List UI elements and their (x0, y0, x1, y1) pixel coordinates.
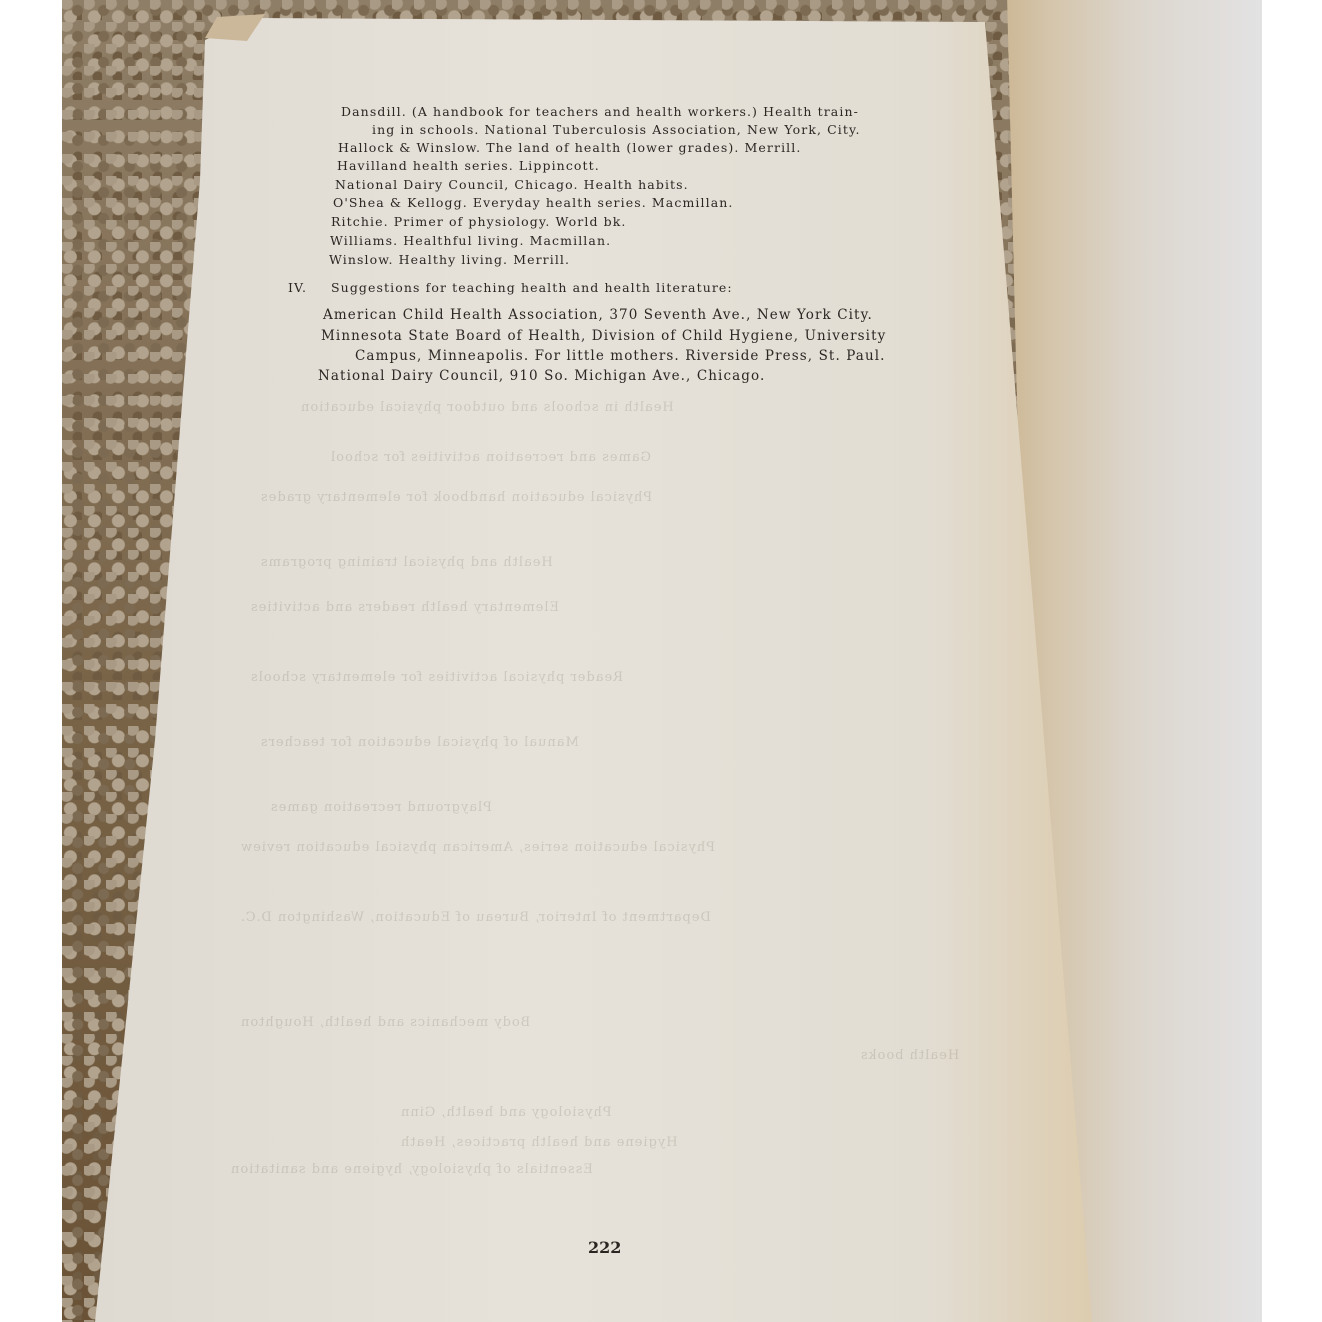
resource-entry: National Dairy Council, 910 So. Michigan… (318, 368, 765, 384)
bleed-through-line: Health and physical training programs (260, 555, 553, 570)
bibliography-entry: Ritchie. Primer of physiology. World bk. (331, 214, 626, 229)
bibliography-entry: Williams. Healthful living. Macmillan. (330, 233, 611, 248)
bibliography-entry-continuation: ing in schools. National Tuberculosis As… (372, 122, 861, 137)
resource-entry-continuation: Campus, Minneapolis. For little mothers.… (355, 348, 886, 364)
bleed-through-line: Physiology and health, Ginn (400, 1105, 612, 1120)
bleed-through-line: Hygiene and health practices, Heath (400, 1135, 678, 1150)
bleed-through-line: Health books (860, 1048, 959, 1063)
bleed-through-line: Body mechanics and health, Houghton (240, 1015, 530, 1030)
bleed-through-line: Games and recreation activities for scho… (330, 450, 651, 465)
bleed-through-line: Physical education handbook for elementa… (260, 490, 652, 505)
bleed-through-line: Physical education series, American phys… (240, 840, 715, 855)
bleed-through-line: Elementary health readers and activities (250, 600, 559, 615)
bleed-through-line: Reader physical activities for elementar… (250, 670, 623, 685)
bibliography-entry: O'Shea & Kellogg. Everyday health series… (333, 195, 733, 210)
resource-entry: Minnesota State Board of Health, Divisio… (321, 328, 886, 344)
bleed-through-line: Essentials of physiology, hygiene and sa… (230, 1162, 593, 1177)
section-numeral: IV. (288, 280, 307, 295)
bibliography-entry: Havilland health series. Lippincott. (337, 158, 600, 173)
page-number: 222 (588, 1238, 621, 1257)
section-heading: Suggestions for teaching health and heal… (331, 280, 733, 295)
bleed-through-line: Department of Interior, Bureau of Educat… (240, 910, 711, 925)
bibliography-entry: National Dairy Council, Chicago. Health … (335, 177, 689, 192)
bleed-through-line: Playground recreation games (270, 800, 492, 815)
bibliography-entry: Hallock & Winslow. The land of health (l… (338, 140, 801, 155)
bleed-through-line: Health in schools and outdoor physical e… (300, 400, 674, 415)
bleed-through-line: Manual of physical education for teacher… (260, 735, 579, 750)
bibliography-entry: Dansdill. (A handbook for teachers and h… (341, 104, 859, 119)
resource-entry: American Child Health Association, 370 S… (323, 307, 873, 323)
bibliography-entry: Winslow. Healthy living. Merrill. (329, 252, 570, 267)
